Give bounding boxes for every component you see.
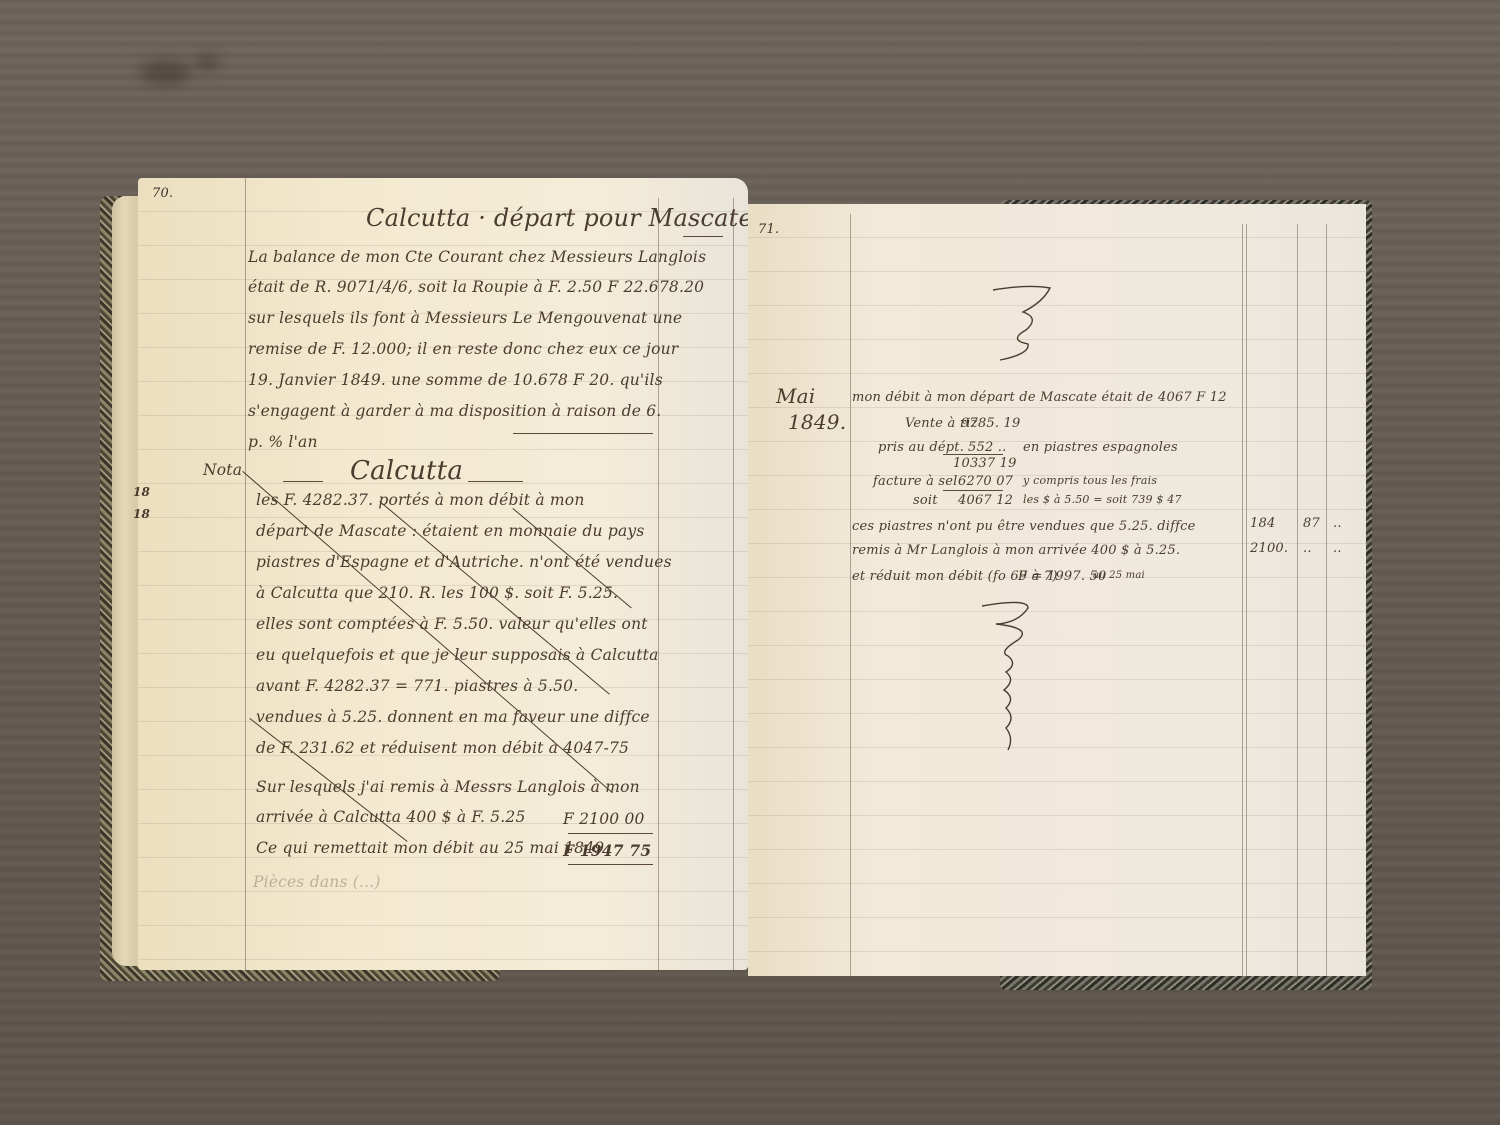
margin-rule xyxy=(245,178,246,970)
text-line: sur lesquels ils font à Messieurs Le Men… xyxy=(248,309,682,327)
amount-extra: .. xyxy=(1333,516,1342,531)
text-line: La balance de mon Cte Courant chez Messi… xyxy=(248,248,706,266)
margin-note: Nota xyxy=(203,461,242,479)
margin-rule xyxy=(850,214,851,976)
amount-main: 2100. xyxy=(1250,541,1288,556)
text-line: elles sont comptées à F. 5.50. valeur qu… xyxy=(256,615,648,633)
left-page: 70. Calcutta · départ pour Mascate La ba… xyxy=(138,178,748,970)
entry-note: en piastres espagnoles xyxy=(1023,440,1178,455)
filler-squiggle xyxy=(988,282,1058,362)
text-line: s'engagent à garder à ma disposition à r… xyxy=(248,402,661,420)
column-rule xyxy=(733,198,734,970)
entry-subtotal: 10337 19 xyxy=(953,456,1017,471)
entry-note: y compris tous les frais xyxy=(1023,474,1157,487)
text-line: à Calcutta que 210. R. les 100 $. soit F… xyxy=(256,584,618,602)
column-rule xyxy=(1326,224,1327,976)
faint-text: Pièces dans (...) xyxy=(253,873,381,891)
right-page: 71. Mai 1849. mon débit à mon départ de … xyxy=(748,204,1366,976)
text-line: était de R. 9071/4/6, soit la Roupie à F… xyxy=(248,278,704,296)
entry-line: mon débit à mon départ de Mascate était … xyxy=(852,390,1153,405)
entry-value: 6270 07 xyxy=(958,474,1013,489)
amount-cents: .. xyxy=(1303,541,1312,556)
text-line: les F. 4282.37. portés à mon débit à mon xyxy=(256,491,585,509)
amount-extra: .. xyxy=(1333,541,1342,556)
entry-line: remis à Mr Langlois à mon arrivée 400 $ … xyxy=(852,543,1180,558)
column-rule xyxy=(1297,224,1298,976)
title-rule xyxy=(283,481,323,482)
column-rule xyxy=(1242,224,1243,976)
sum-rule xyxy=(943,454,1003,455)
title-rule xyxy=(468,481,523,482)
text-line: p. % l'an xyxy=(248,433,318,451)
sum-rule xyxy=(568,833,653,834)
text-line: 19. Janvier 1849. une somme de 10.678 F … xyxy=(248,371,663,389)
text-line: de F. 231.62 et réduisent mon débit à 40… xyxy=(256,739,629,757)
entry-note: au 25 mai xyxy=(1093,570,1145,581)
amount-main: 184 xyxy=(1250,516,1275,531)
column-rule xyxy=(1246,224,1247,976)
date-year: 1849. xyxy=(788,410,846,434)
text-line: arrivée à Calcutta 400 $ à F. 5.25 xyxy=(256,808,526,826)
entry-note: les $ à 5.50 = soit 739 $ 47 xyxy=(1023,493,1182,506)
table-stain xyxy=(195,55,220,70)
entry-value: 9785. 19 xyxy=(961,416,1021,431)
entry-value: 552 .. xyxy=(968,440,1006,455)
amount: F 2100 00 xyxy=(563,810,645,828)
entry-value: 4067 F 12 xyxy=(1158,390,1227,405)
page-number: 70. xyxy=(152,186,173,201)
table-stain xyxy=(140,60,190,85)
text-line: eu quelquefois et que je leur supposais … xyxy=(256,646,659,664)
text-line: piastres d'Espagne et d'Autriche. n'ont … xyxy=(256,553,672,571)
entry-line: pris au dépt. xyxy=(878,440,964,455)
entry-line: soit xyxy=(913,493,938,508)
text-line: remise de F. 12.000; il en reste donc ch… xyxy=(248,340,678,358)
amount-total: F 1947 75 xyxy=(563,841,651,860)
text-line: Sur lesquels j'ai remis à Messrs Langloi… xyxy=(256,778,640,796)
spine-fragment: 18 xyxy=(133,507,150,521)
entry-line: facture à sel xyxy=(873,474,958,489)
text-line: vendues à 5.25. donnent en ma faveur une… xyxy=(256,708,650,726)
text-line: départ de Mascate : étaient en monnaie d… xyxy=(256,522,645,540)
title-rule xyxy=(683,236,723,237)
sum-rule xyxy=(943,490,1003,491)
filler-squiggle xyxy=(978,598,1038,758)
text-line: Ce qui remettait mon débit au 25 mai 184… xyxy=(256,839,604,857)
spine-fragment: 18 xyxy=(133,485,150,499)
amount-cents: 87 xyxy=(1303,516,1320,531)
page-number: 71. xyxy=(758,222,779,237)
section-title: Calcutta · départ pour Mascate xyxy=(366,204,753,232)
section-title: Calcutta xyxy=(350,456,463,486)
text-line: avant F. 4282.37 = 771. piastres à 5.50. xyxy=(256,677,578,695)
entry-value: 4067 12 xyxy=(958,493,1013,508)
date-month: Mai xyxy=(776,384,815,408)
entry-line: ces piastres n'ont pu être vendues que 5… xyxy=(852,519,1196,534)
double-rule xyxy=(568,864,653,865)
section-rule xyxy=(513,433,653,434)
